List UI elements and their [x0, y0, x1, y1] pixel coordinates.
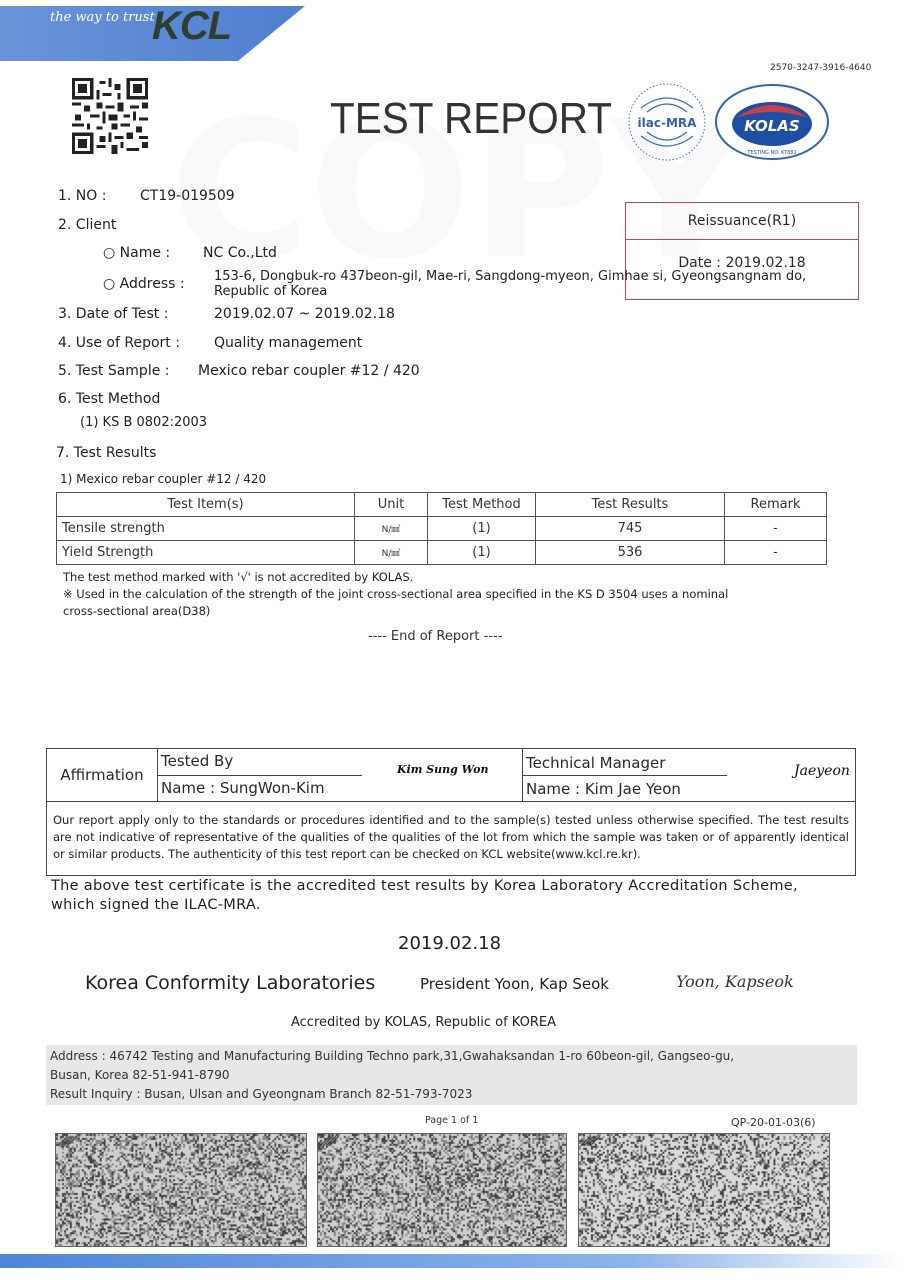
ilac-mra-logo-icon: ilac-MRA	[627, 82, 707, 162]
test-results-subheading: 1) Mexico rebar coupler #12 / 420	[60, 472, 266, 486]
form-number: QP-20-01-03(6)	[731, 1116, 816, 1129]
test-item: Yield Strength	[57, 541, 355, 565]
president: President Yoon, Kap Seok	[420, 975, 609, 993]
notes: The test method marked with '√' is not a…	[63, 569, 728, 620]
footer-band	[0, 1254, 905, 1268]
unit: N/㎟	[355, 517, 428, 541]
technical-manager-label: Technical Manager	[526, 754, 665, 772]
table-row: Yield Strength N/㎟ (1) 536 -	[57, 541, 827, 565]
certificate-number: 2570-3247-3916-4640	[770, 63, 871, 73]
lab-name: Korea Conformity Laboratories	[85, 972, 375, 994]
affirmation-box: Affirmation Tested By Name : SungWon-Kim…	[46, 748, 856, 802]
test-sample-label: 5. Test Sample :	[58, 363, 198, 379]
accredited-by: Accredited by KOLAS, Republic of KOREA	[291, 1015, 556, 1030]
kolas-logo-icon: KOLAS TESTING NO. KT882	[712, 82, 832, 162]
client-heading: 2. Client	[58, 217, 116, 233]
test-sample-field: 5. Test Sample :Mexico rebar coupler #12…	[58, 363, 420, 379]
results-table: Test Item(s) Unit Test Method Test Resul…	[56, 492, 827, 565]
accreditation-line-1: The above test certificate is the accred…	[51, 877, 798, 896]
use-of-report-label: 4. Use of Report :	[58, 335, 214, 351]
table-header-row: Test Item(s) Unit Test Method Test Resul…	[57, 493, 827, 517]
client-name-value: NC Co.,Ltd	[203, 245, 277, 261]
column-header: Test Item(s)	[57, 493, 355, 517]
svg-text:ilac-MRA: ilac-MRA	[638, 116, 698, 130]
column-header: Remark	[725, 493, 827, 517]
end-of-report: ---- End of Report ----	[368, 629, 502, 644]
unit: N/㎟	[355, 541, 428, 565]
reissuance-label: Reissuance(R1)	[626, 203, 858, 240]
issue-date: 2019.02.18	[398, 933, 501, 954]
affirmation-label: Affirmation	[47, 749, 158, 801]
date-of-test-field: 3. Date of Test :2019.02.07 ~ 2019.02.18	[58, 306, 395, 322]
remark: -	[725, 541, 827, 565]
accreditation-line-2: which signed the ILAC-MRA.	[51, 896, 798, 915]
tagline: the way to trust	[50, 10, 155, 25]
client-name-field: ○ Name :NC Co.,Ltd	[103, 245, 277, 261]
lab-address: Address : 46742 Testing and Manufacturin…	[50, 1047, 734, 1104]
client-address-value: 153-6, Dongbuk-ro 437beon-gil, Mae-ri, S…	[214, 269, 806, 299]
cell-divider	[157, 775, 362, 776]
address-line-1: 153-6, Dongbuk-ro 437beon-gil, Mae-ri, S…	[214, 269, 806, 284]
lab-address-line-1: Address : 46742 Testing and Manufacturin…	[50, 1047, 734, 1066]
column-header: Unit	[355, 493, 428, 517]
test-method-value: (1) KS B 0802:2003	[80, 415, 207, 430]
page-title: TEST REPORT	[330, 94, 612, 144]
2d-barcode-icon	[317, 1133, 567, 1247]
technical-manager-name: Name : Kim Jae Yeon	[526, 780, 681, 798]
test-result: 536	[536, 541, 725, 565]
column-header: Test Results	[536, 493, 725, 517]
page-number: Page 1 of 1	[425, 1115, 478, 1126]
kcl-logo: KCL	[152, 4, 231, 49]
report-number-label: 1. NO :	[58, 188, 140, 204]
use-of-report-field: 4. Use of Report :Quality management	[58, 335, 362, 351]
client-name-label: ○ Name :	[103, 245, 203, 261]
president-signature: Yoon, Kapseok	[676, 972, 794, 991]
technical-manager-signature: Jaeyeon	[794, 763, 850, 779]
report-number-value: CT19-019509	[140, 188, 235, 204]
date-of-test-value: 2019.02.07 ~ 2019.02.18	[214, 306, 395, 322]
accreditation-note: The test method marked with '√' is not a…	[63, 569, 728, 586]
test-sample-value: Mexico rebar coupler #12 / 420	[198, 363, 420, 379]
address-line-2: Republic of Korea	[214, 284, 806, 299]
date-of-test-label: 3. Date of Test :	[58, 306, 214, 322]
client-address-label: ○ Address :	[103, 276, 185, 292]
test-item: Tensile strength	[57, 517, 355, 541]
use-of-report-value: Quality management	[214, 335, 362, 351]
tested-by-signature: Kim Sung Won	[397, 763, 488, 776]
report-number-field: 1. NO :CT19-019509	[58, 188, 235, 204]
column-header: Test Method	[428, 493, 536, 517]
tested-by-cell: Tested By Name : SungWon-Kim Kim Sung Wo…	[157, 749, 523, 801]
svg-text:KOLAS: KOLAS	[744, 117, 799, 135]
cell-divider	[522, 775, 727, 776]
technical-manager-cell: Technical Manager Name : Kim Jae Yeon Ja…	[522, 749, 855, 801]
2d-barcode-icon	[55, 1133, 307, 1247]
calculation-note-cont: cross-sectional area(D38)	[63, 603, 728, 620]
table-row: Tensile strength N/㎟ (1) 745 -	[57, 517, 827, 541]
test-method: (1)	[428, 541, 536, 565]
remark: -	[725, 517, 827, 541]
svg-text:TESTING NO. KT882: TESTING NO. KT882	[746, 150, 796, 156]
result-inquiry: Result Inquiry : Busan, Ulsan and Gyeong…	[50, 1085, 734, 1104]
tested-by-label: Tested By	[161, 752, 233, 770]
lab-address-line-2: Busan, Korea 82-51-941-8790	[50, 1066, 734, 1085]
test-results-heading: 7. Test Results	[56, 445, 156, 461]
accreditation-statement: The above test certificate is the accred…	[51, 877, 798, 915]
tested-by-name: Name : SungWon-Kim	[161, 779, 325, 797]
calculation-note: ※ Used in the calculation of the strengt…	[63, 586, 728, 603]
disclaimer: Our report apply only to the standards o…	[46, 802, 856, 876]
qr-code-icon[interactable]	[72, 78, 148, 154]
2d-barcode-icon	[578, 1133, 830, 1247]
test-method: (1)	[428, 517, 536, 541]
test-result: 745	[536, 517, 725, 541]
test-method-heading: 6. Test Method	[58, 391, 160, 407]
